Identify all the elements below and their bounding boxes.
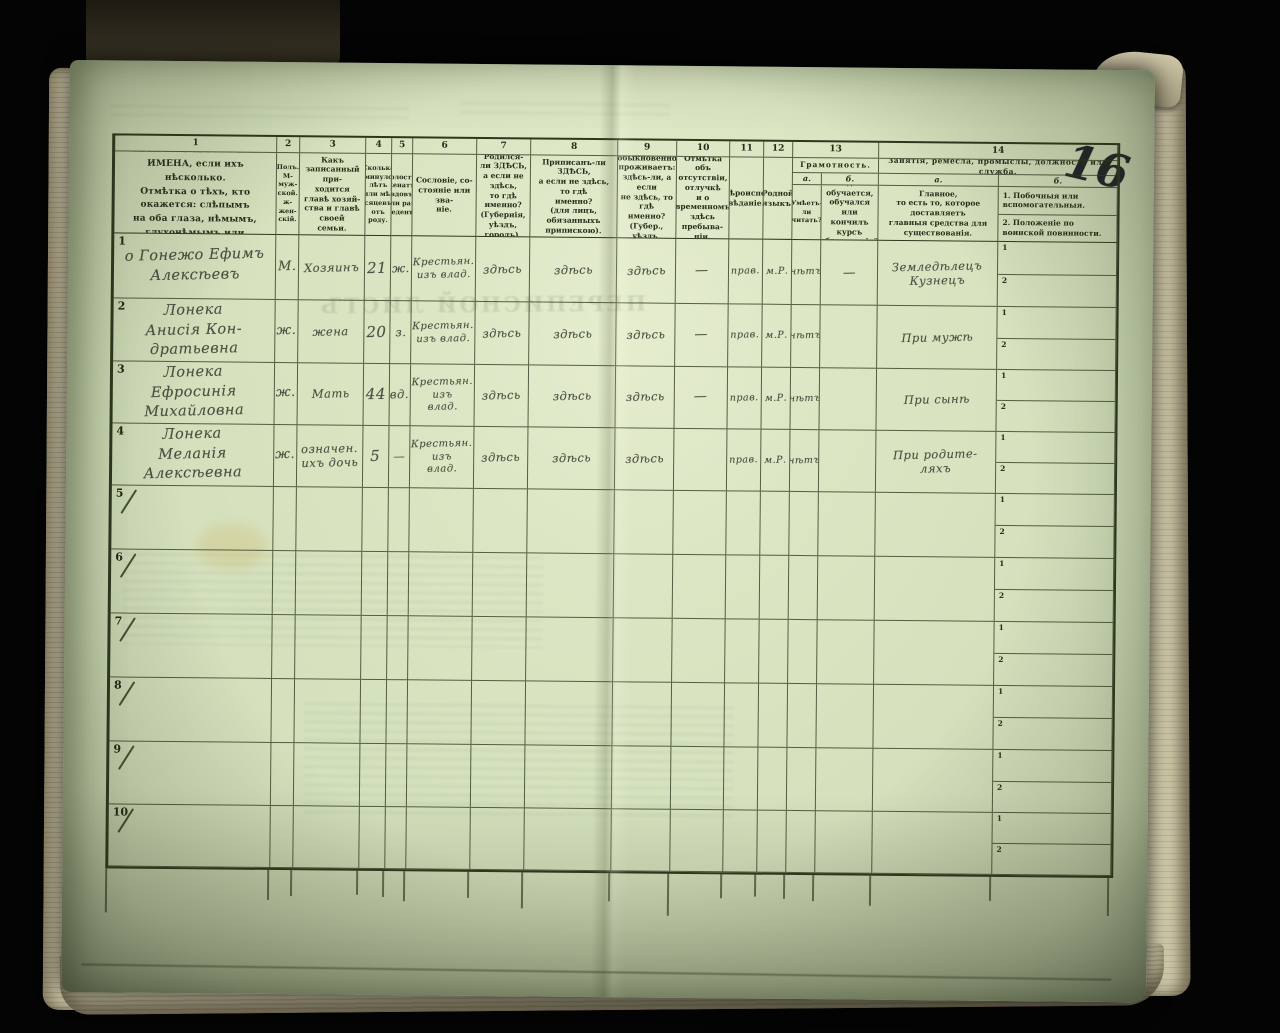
sub-label: 2 (998, 719, 1003, 729)
row-number: 7 (115, 614, 123, 628)
sub-label: 1 (1001, 371, 1006, 381)
cell-side-occupation: 12 (993, 686, 1113, 751)
column-number-11: 11 (730, 141, 764, 157)
cell-resides: здѣсь (617, 238, 677, 304)
cell-sex (271, 679, 295, 743)
hw-estate: Крестьян. изъ влад. (413, 255, 475, 281)
cell-registered (526, 617, 614, 682)
cell-religion (726, 491, 761, 555)
hw-occupation: При родите- ляхъ (893, 447, 978, 478)
cell-relation: Мать (298, 363, 365, 426)
cell-absence (670, 810, 724, 873)
sub-label: 1 (999, 559, 1004, 569)
cell-relation (293, 806, 360, 869)
cell-absence: — (674, 367, 728, 430)
hw-registered: здѣсь (552, 389, 591, 404)
cell-absence: — (675, 304, 729, 368)
cell-absence (673, 555, 727, 620)
cell-religion (724, 747, 759, 810)
hw-marital: вд. (390, 387, 409, 402)
row-name-cell: 6 (111, 549, 274, 615)
sub-label: 1 (1002, 243, 1007, 253)
header-literacy-b-label: б. (822, 173, 879, 186)
column-number-10: 10 (677, 141, 730, 158)
row-name-cell: 2Лонека Анисія Кон- дратьевна (113, 298, 276, 363)
cell-religion: прав. (727, 429, 762, 491)
table-bottom-lines (105, 868, 1108, 924)
cell-born (473, 553, 528, 618)
cell-registered: здѣсь (529, 302, 617, 366)
cell-language (759, 620, 789, 684)
sub-label: 2 (998, 655, 1003, 665)
census-table: 1 2 3 4 5 6 7 8 9 10 11 12 13 14 ФАМИЛІЯ… (105, 133, 1120, 924)
cell-resides (611, 809, 671, 872)
cell-occupation (873, 685, 994, 750)
hw-age: 44 (366, 385, 386, 404)
cell-sex (272, 615, 296, 679)
header-occupation-side: 1. Побочныя или вспомогательныя. 2. Поло… (998, 187, 1118, 243)
cell-estate (407, 744, 472, 808)
person-name: о Гонежо Ефимъ Алексѣевъ (124, 245, 264, 287)
header-language: Родной языкъ. (763, 158, 793, 240)
hw-registered: здѣсь (552, 451, 591, 466)
row-number: 3 (117, 362, 125, 376)
hw-estate: Крестьян. изъ влад. (412, 319, 474, 345)
cell-relation (294, 679, 361, 744)
side-occupation-half: 2 (996, 400, 1114, 432)
cell-absence (672, 619, 726, 684)
side-occupation-half: 2 (995, 525, 1113, 558)
cell-relation: означен. ихъ дочь (297, 425, 364, 488)
cell-lit_a: нѣтъ (791, 305, 821, 368)
side-occupation-half: 2 (993, 780, 1111, 813)
side-occupation-half: 1 (998, 242, 1116, 275)
book-edge-top-left (86, 0, 340, 64)
row-name-cell: 9 (109, 741, 272, 806)
hw-absence: — (694, 327, 708, 344)
sub-label: 1 (997, 751, 1002, 761)
sub-label: 1 (998, 687, 1003, 697)
row-name-cell: 7 (110, 613, 273, 679)
cell-sex (270, 806, 294, 868)
sub-label: 2 (1002, 275, 1007, 285)
cell-estate: Крестьян. изъ влад. (412, 236, 477, 302)
cell-age: 44 (364, 364, 391, 426)
sub-label: 1 (997, 814, 1002, 824)
cell-language: м.Р. (761, 430, 791, 492)
cell-age: 20 (364, 301, 391, 364)
cell-lit_a (786, 811, 816, 873)
cell-marital (388, 488, 410, 552)
side-occupation-half: 2 (998, 273, 1116, 307)
sub-label: 2 (999, 527, 1004, 537)
hw-registered: здѣсь (553, 326, 592, 341)
cell-registered: здѣсь (530, 237, 618, 303)
hw-relation: Мать (311, 386, 349, 401)
cell-religion (726, 555, 761, 619)
header-literacy-a-label: а. (793, 173, 822, 185)
side-occupation-half: 1 (993, 813, 1111, 844)
cell-lit_a (789, 556, 819, 620)
side-occupation-half: 1 (993, 750, 1111, 782)
side-occupation-half: 2 (995, 589, 1113, 622)
sub-label: 2 (1001, 402, 1006, 412)
hw-resides: здѣсь (625, 389, 664, 404)
cell-marital: — (389, 426, 411, 488)
side-occupation-half: 1 (997, 370, 1115, 401)
cell-absence: — (676, 239, 730, 305)
row-name-cell: 4Лонека Меланія Алексѣевна (112, 423, 275, 487)
cell-language (758, 684, 788, 748)
cell-resides (614, 554, 674, 619)
cell-marital: вд. (390, 364, 412, 426)
hw-estate: Крестьян. изъ влад. (411, 376, 473, 415)
hw-lit_a: нѣтъ (791, 330, 821, 343)
side-occupation-half: 1 (995, 558, 1113, 590)
column-number-2: 2 (277, 137, 300, 153)
cell-lit_b (815, 811, 873, 874)
cell-estate (407, 680, 472, 745)
hw-religion: прав. (729, 454, 758, 467)
row-name-cell: 3Лонека Ефросинія Михайловна (113, 361, 276, 425)
header-relation: Какъ записанный при- ходится главѣ хозяй… (299, 153, 366, 236)
side-occupation-half: 1 (997, 307, 1115, 339)
row-name-cell: 10 (108, 804, 271, 868)
side-occupation-half: 1 (996, 494, 1114, 526)
column-number-3: 3 (300, 137, 366, 154)
cell-sex: ж. (275, 300, 299, 363)
sub-label: 2 (997, 782, 1002, 792)
hw-lit_b: — (842, 265, 855, 281)
cell-lit_a: нѣтъ (790, 368, 820, 430)
cell-occupation: Земледѣлецъ Кузнецъ (878, 241, 999, 307)
hw-born: здѣсь (482, 388, 521, 403)
cell-born: здѣсь (474, 427, 529, 490)
cell-age (361, 616, 388, 680)
cell-lit_b (819, 430, 877, 493)
hw-estate: Крестьян. изъ влад. (411, 438, 473, 477)
showthrough-smudge (109, 104, 409, 123)
row-number: 6 (115, 550, 123, 564)
cell-occupation (873, 749, 994, 813)
row-name-cell: 8 (109, 677, 272, 743)
cell-registered (525, 681, 613, 746)
side-occupation-half: 1 (996, 432, 1114, 463)
hw-resides: здѣсь (625, 451, 664, 466)
cell-estate: Крестьян. изъ влад. (410, 426, 475, 489)
hw-born: здѣсь (483, 262, 522, 277)
cell-sex (273, 487, 297, 551)
cell-resides: здѣсь (615, 366, 675, 429)
header-age: Сколько минуло лѣтъ или мѣ- сяцевъ отъ р… (365, 154, 392, 236)
column-number-8: 8 (531, 139, 618, 156)
cell-side-occupation: 12 (997, 307, 1117, 371)
column-number-12: 12 (764, 142, 793, 158)
hw-registered: здѣсь (553, 262, 592, 277)
cell-resides: здѣсь (616, 303, 676, 367)
cell-lit_b (818, 556, 876, 621)
cell-lit_b (817, 620, 875, 685)
sub-label: 2 (999, 591, 1004, 601)
header-literacy-school: Гдѣ обучается, обучался или кончилъ курс… (821, 185, 879, 241)
cell-estate (409, 488, 474, 553)
cell-lit_b (818, 492, 876, 557)
cell-religion: прав. (729, 239, 764, 304)
cell-sex: ж. (275, 363, 299, 425)
cell-relation: жена (298, 300, 365, 364)
cell-born (471, 681, 526, 746)
cell-lit_b (820, 305, 878, 369)
cell-lit_a (789, 492, 819, 556)
cell-registered (525, 745, 613, 809)
cell-sex (273, 551, 297, 615)
column-number-4: 4 (366, 138, 392, 154)
cell-occupation: При родите- ляхъ (876, 431, 997, 494)
side-occupation-half: 2 (994, 653, 1112, 686)
header-occupation-main: Главное, то есть то, которое доставляетъ… (878, 186, 999, 242)
hw-lit_a: нѣтъ (792, 266, 822, 279)
sub-label: 1 (1000, 495, 1005, 505)
hw-resides: здѣсь (626, 327, 665, 342)
person-name: Лонека Ефросинія Михайловна (143, 362, 244, 423)
cell-estate: Крестьян. изъ влад. (411, 301, 476, 365)
hw-age: 5 (370, 447, 380, 466)
cell-language (757, 811, 787, 873)
hw-sex: ж. (276, 385, 296, 402)
cell-born (473, 489, 528, 554)
header-occupation-side-1: 1. Побочныя или вспомогательныя. (999, 187, 1117, 215)
hw-sex: ж. (276, 323, 296, 340)
cell-religion (725, 619, 760, 683)
cell-occupation (872, 812, 993, 875)
cell-relation (296, 551, 363, 616)
cell-marital (387, 616, 409, 680)
cell-language: м.Р. (763, 240, 793, 305)
cell-registered (527, 553, 615, 618)
hw-language: м.Р. (765, 392, 788, 404)
hw-language: м.Р. (764, 454, 787, 466)
sub-label: 1 (999, 623, 1004, 633)
header-sex: Полъ. М-муж- ской. ж-жен- скій. (276, 153, 300, 235)
cell-lit_b (816, 748, 874, 812)
cell-relation (295, 615, 362, 680)
side-occupation-half: 2 (992, 843, 1110, 875)
cell-sex: М. (276, 235, 300, 300)
column-number-1: 1 (115, 135, 277, 153)
cell-side-occupation: 12 (992, 813, 1112, 876)
hw-language: м.Р. (765, 330, 788, 342)
cell-language: м.Р. (762, 305, 792, 368)
column-number-13: 13 (793, 142, 879, 159)
cell-born: здѣсь (475, 302, 530, 366)
hw-marital: з. (395, 325, 406, 340)
cell-age (359, 807, 386, 869)
cell-side-occupation: 12 (996, 370, 1116, 433)
cell-language (760, 556, 790, 620)
cell-marital: з. (390, 301, 412, 364)
row-number: 1 (118, 234, 126, 248)
cell-lit_b (816, 684, 874, 749)
header-absence: Отмѣтка объ отсутствіи, отлучкѣ и о врем… (676, 157, 730, 240)
cell-estate (408, 616, 473, 681)
cell-marital: ж. (391, 236, 413, 301)
row-number: 5 (116, 486, 124, 500)
row-number: 8 (114, 678, 122, 692)
header-occupation-b-label: б. (999, 175, 1118, 188)
hw-age: 21 (367, 258, 387, 277)
header-literacy-group: Грамотность. (793, 158, 879, 174)
cell-resides: здѣсь (615, 428, 675, 491)
cell-resides (613, 618, 673, 683)
header-marital: Холостъ, женатъ, вдовъ или раз- веденъ. (391, 154, 413, 236)
cell-side-occupation: 12 (998, 242, 1118, 308)
hw-occupation: При мужѣ (901, 329, 973, 345)
row-number: 2 (118, 299, 126, 313)
column-number-9: 9 (618, 140, 677, 157)
photo-scene: ПЕРЕПИСНОЙ ЛИСТЪ 16 1 2 3 4 5 6 7 8 9 10… (0, 0, 1280, 1033)
cell-estate (409, 552, 474, 617)
cell-born (472, 617, 527, 682)
cell-age (360, 744, 387, 807)
hw-lit_a: нѣтъ (790, 454, 820, 467)
person-name: Лонека Меланія Алексѣевна (143, 424, 243, 485)
header-estate: Сословіе, со- стояніе или зва- ніе. (412, 154, 477, 237)
header-religion: Вѣроиспо- вѣданіе. (729, 157, 764, 239)
row-name-cell: 1о Гонежо Ефимъ Алексѣевъ (114, 233, 277, 300)
sub-label: 2 (1001, 339, 1006, 349)
cell-lit_b (819, 368, 877, 431)
hw-sex: ж. (275, 447, 295, 464)
cell-born (470, 808, 525, 871)
hw-sex: М. (278, 259, 297, 276)
page-bottom-crease (81, 963, 1111, 980)
cell-resides (612, 682, 672, 747)
person-name: Лонека Анисія Кон- дратьевна (145, 300, 243, 361)
census-grid: 1 2 3 4 5 6 7 8 9 10 11 12 13 14 ФАМИЛІЯ… (105, 133, 1120, 878)
header-name: ФАМИЛІЯ, (прозвище), ИМЯ и ОТЧЕСТВО или … (114, 151, 277, 235)
cell-language (758, 748, 788, 811)
cell-absence (673, 491, 727, 556)
hw-born: здѣсь (482, 326, 521, 341)
hw-religion: прав. (731, 265, 760, 278)
cell-relation (296, 487, 363, 552)
cell-occupation (874, 621, 995, 686)
hw-absence: — (695, 263, 709, 280)
cell-lit_a (788, 620, 818, 684)
hw-occupation: Земледѣлецъ Кузнецъ (892, 258, 983, 289)
hw-religion: прав. (730, 329, 759, 342)
cell-side-occupation: 12 (993, 750, 1113, 814)
cell-relation (294, 743, 361, 807)
cell-age (362, 552, 389, 616)
hw-absence: — (694, 389, 708, 406)
column-number-7: 7 (477, 139, 531, 156)
hw-language: м.Р. (766, 266, 789, 278)
cell-born (471, 745, 526, 809)
header-literacy-read: Умѣетъ- ли читать? (792, 185, 822, 240)
hw-marital: ж. (392, 261, 410, 276)
cell-sex (271, 743, 295, 806)
cell-marital (386, 680, 408, 744)
row-number: 9 (113, 742, 121, 756)
cell-estate: Крестьян. изъ влад. (410, 364, 475, 427)
cell-registered (527, 489, 615, 554)
cell-resides (612, 746, 672, 810)
sub-label: 1 (1002, 308, 1007, 318)
cell-resides (614, 490, 674, 555)
cell-sex: ж. (274, 425, 298, 487)
sub-label: 1 (1000, 433, 1005, 443)
cell-absence (671, 747, 725, 811)
header-birthplace: Родился-ли ЗДѢСЬ, а если не здѣсь, то гд… (476, 155, 531, 238)
cell-religion: прав. (727, 367, 762, 429)
showthrough-smudge (459, 102, 669, 117)
cell-occupation (875, 557, 996, 622)
cell-estate (406, 807, 471, 870)
hw-age: 20 (367, 322, 387, 341)
cell-registered: здѣсь (528, 365, 616, 428)
cell-religion (724, 683, 759, 747)
cell-language (760, 492, 790, 556)
header-occupation-side-2: 2. Положеніе по воинской повинности. (998, 213, 1116, 242)
sub-label: 2 (1000, 464, 1005, 474)
cell-religion (723, 810, 758, 872)
cell-age: 21 (365, 236, 392, 301)
cell-born: здѣсь (476, 237, 531, 303)
hw-relation: жена (313, 324, 350, 339)
column-number-6: 6 (413, 138, 477, 155)
hw-born: здѣсь (481, 450, 520, 465)
header-registered: Приписанъ-ли ЗДѢСЬ, а если не здѣсь, то … (530, 155, 618, 238)
cell-age: 5 (363, 426, 390, 488)
hw-lit_a: нѣтъ (790, 392, 820, 405)
cell-marital (388, 552, 410, 616)
cell-religion: прав. (728, 304, 763, 367)
cell-occupation: При сынѣ (876, 369, 997, 432)
side-occupation-half: 2 (996, 462, 1114, 494)
cell-marital (385, 807, 407, 869)
header-occupation-a-label: а. (879, 174, 999, 187)
hw-relation: означен. ихъ дочь (301, 441, 358, 471)
hw-resides: здѣсь (626, 263, 665, 278)
hw-marital: — (393, 449, 405, 464)
cell-language: м.Р. (761, 368, 791, 430)
cell-lit_a (787, 748, 817, 811)
cell-absence (671, 683, 725, 748)
cell-side-occupation: 12 (995, 494, 1115, 559)
hw-religion: прав. (730, 392, 759, 405)
cell-age (360, 680, 387, 744)
cell-side-occupation: 12 (995, 558, 1115, 623)
side-occupation-half: 2 (997, 337, 1115, 370)
cell-registered (524, 808, 612, 871)
cell-lit_a: нѣтъ (792, 240, 822, 305)
row-name-cell: 5 (111, 485, 274, 551)
cell-lit_b: — (821, 240, 879, 306)
cell-born: здѣсь (474, 365, 529, 428)
cell-occupation: При мужѣ (877, 306, 998, 370)
cell-lit_a: нѣтъ (790, 430, 820, 492)
cell-registered: здѣсь (528, 427, 616, 490)
cell-age (362, 488, 389, 552)
cell-side-occupation: 12 (994, 622, 1114, 687)
cell-occupation (875, 493, 996, 558)
hw-relation: Хозяинъ (304, 260, 359, 276)
cell-marital (386, 744, 408, 807)
census-page: ПЕРЕПИСНОЙ ЛИСТЪ 16 1 2 3 4 5 6 7 8 9 10… (61, 60, 1155, 1002)
column-number-5: 5 (392, 138, 413, 154)
cell-absence (674, 429, 728, 492)
